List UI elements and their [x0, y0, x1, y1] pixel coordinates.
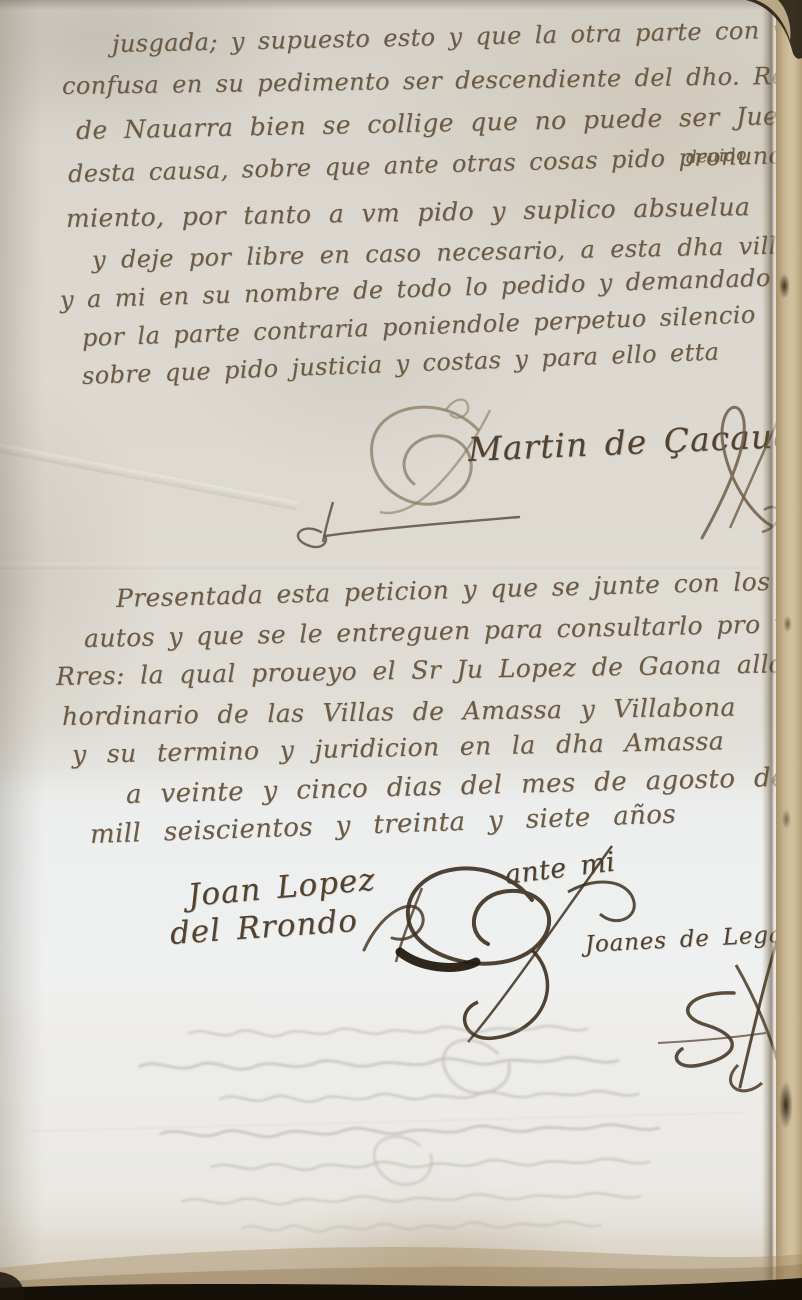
paper-crease: [30, 1109, 742, 1133]
interlinear-insertion: deuido: [685, 145, 747, 168]
handwriting-line: autos y que se le entreguen para consult…: [84, 608, 802, 653]
handwriting-line: y su termino y juridicion en la dha Amas…: [72, 726, 725, 769]
bleed-through-writing: [68, 1010, 732, 1256]
paper-lower-band: [0, 1012, 776, 1240]
handwriting-line: jusgada; y supuesto esto y que la otra p…: [112, 15, 802, 58]
paper-crease: [0, 439, 298, 511]
cross-mark: [285, 492, 525, 562]
handwriting-line: confusa en su pedimento ser descendiente…: [62, 61, 802, 100]
manuscript-page: jusgada; y supuesto esto y que la otra p…: [0, 0, 802, 1300]
handwriting-line: Presentada esta peticion y que se junte …: [116, 564, 802, 613]
page-left-shadow: [0, 0, 44, 1300]
handwriting-line: de Nauarra bien se collige que no puede …: [76, 101, 792, 145]
manuscript-scan: jusgada; y supuesto esto y que la otra p…: [0, 0, 802, 1300]
handwriting-line: a veinte y cinco dias del mes de agosto …: [126, 763, 788, 810]
paper-crease: [0, 563, 762, 569]
handwriting-line: hordinario de las Villas de Amassa y Vil…: [62, 693, 736, 731]
handwriting-line: Rres: la qual proueyo el Sr Ju Lopez de …: [56, 649, 801, 691]
signature-legarra: Joanes de Legarra: [584, 920, 802, 958]
handwriting-line: miento, por tanto a vm pido y suplico ab…: [66, 192, 751, 233]
page-top-shadow: [0, 0, 802, 10]
signature-martin: Martin de Çacaua: [467, 416, 794, 469]
signature-rubric: [648, 985, 768, 1080]
bottom-page-edge: [0, 1210, 802, 1300]
adjacent-page-edge: [776, 0, 802, 1300]
notary-attestation: ante mi: [503, 847, 617, 891]
